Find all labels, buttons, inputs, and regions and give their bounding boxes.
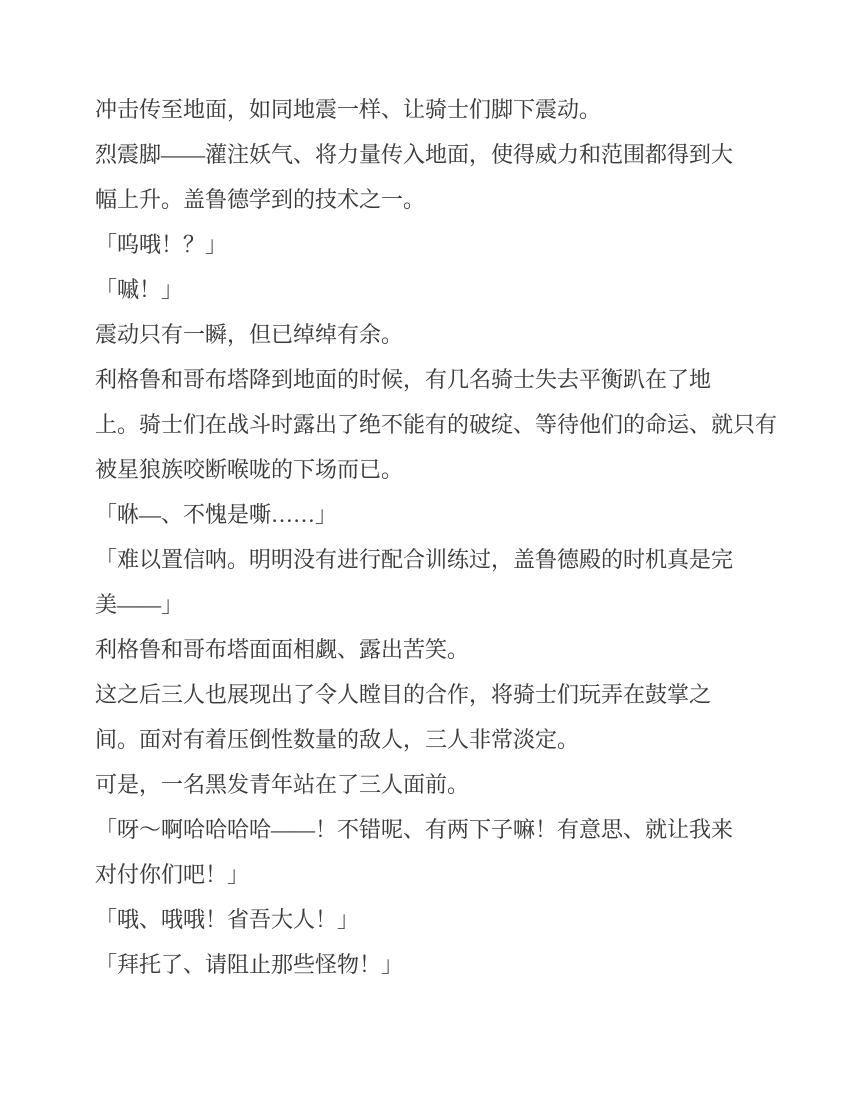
- novel-page: 冲击传至地面，如同地震一样、让骑士们脚下震动。烈震脚——灌注妖气、将力量传入地面…: [0, 0, 850, 1100]
- text-line: 利格鲁和哥布塔降到地面的时候，有几名骑士失去平衡趴在了地: [95, 357, 775, 402]
- text-line: 「呀～啊哈哈哈哈——！不错呢、有两下子嘛！有意思、就让我来: [95, 807, 775, 852]
- novel-text-block: 冲击传至地面，如同地震一样、让骑士们脚下震动。烈震脚——灌注妖气、将力量传入地面…: [95, 87, 775, 987]
- text-line: 幅上升。盖鲁德学到的技术之一。: [95, 177, 775, 222]
- text-line: 可是，一名黑发青年站在了三人面前。: [95, 762, 775, 807]
- text-line: 美——」: [95, 582, 775, 627]
- text-line: 「难以置信呐。明明没有进行配合训练过，盖鲁德殿的时机真是完: [95, 537, 775, 582]
- text-line: 间。面对有着压倒性数量的敌人，三人非常淡定。: [95, 717, 775, 762]
- text-line: 「咻—、不愧是嘶……」: [95, 492, 775, 537]
- text-line: 对付你们吧！」: [95, 852, 775, 897]
- text-line: 震动只有一瞬，但已绰绰有余。: [95, 312, 775, 357]
- text-line: 利格鲁和哥布塔面面相觑、露出苦笑。: [95, 627, 775, 672]
- text-line: 冲击传至地面，如同地震一样、让骑士们脚下震动。: [95, 87, 775, 132]
- text-line: 「嘁！」: [95, 267, 775, 312]
- text-line: 烈震脚——灌注妖气、将力量传入地面，使得威力和范围都得到大: [95, 132, 775, 177]
- text-line: 上。骑士们在战斗时露出了绝不能有的破绽、等待他们的命运、就只有: [95, 402, 775, 447]
- text-line: 「呜哦！？」: [95, 222, 775, 267]
- text-line: 「拜托了、请阻止那些怪物！」: [95, 942, 775, 987]
- text-line: 这之后三人也展现出了令人瞠目的合作，将骑士们玩弄在鼓掌之: [95, 672, 775, 717]
- text-line: 「哦、哦哦！省吾大人！」: [95, 897, 775, 942]
- text-line: 被星狼族咬断喉咙的下场而已。: [95, 447, 775, 492]
